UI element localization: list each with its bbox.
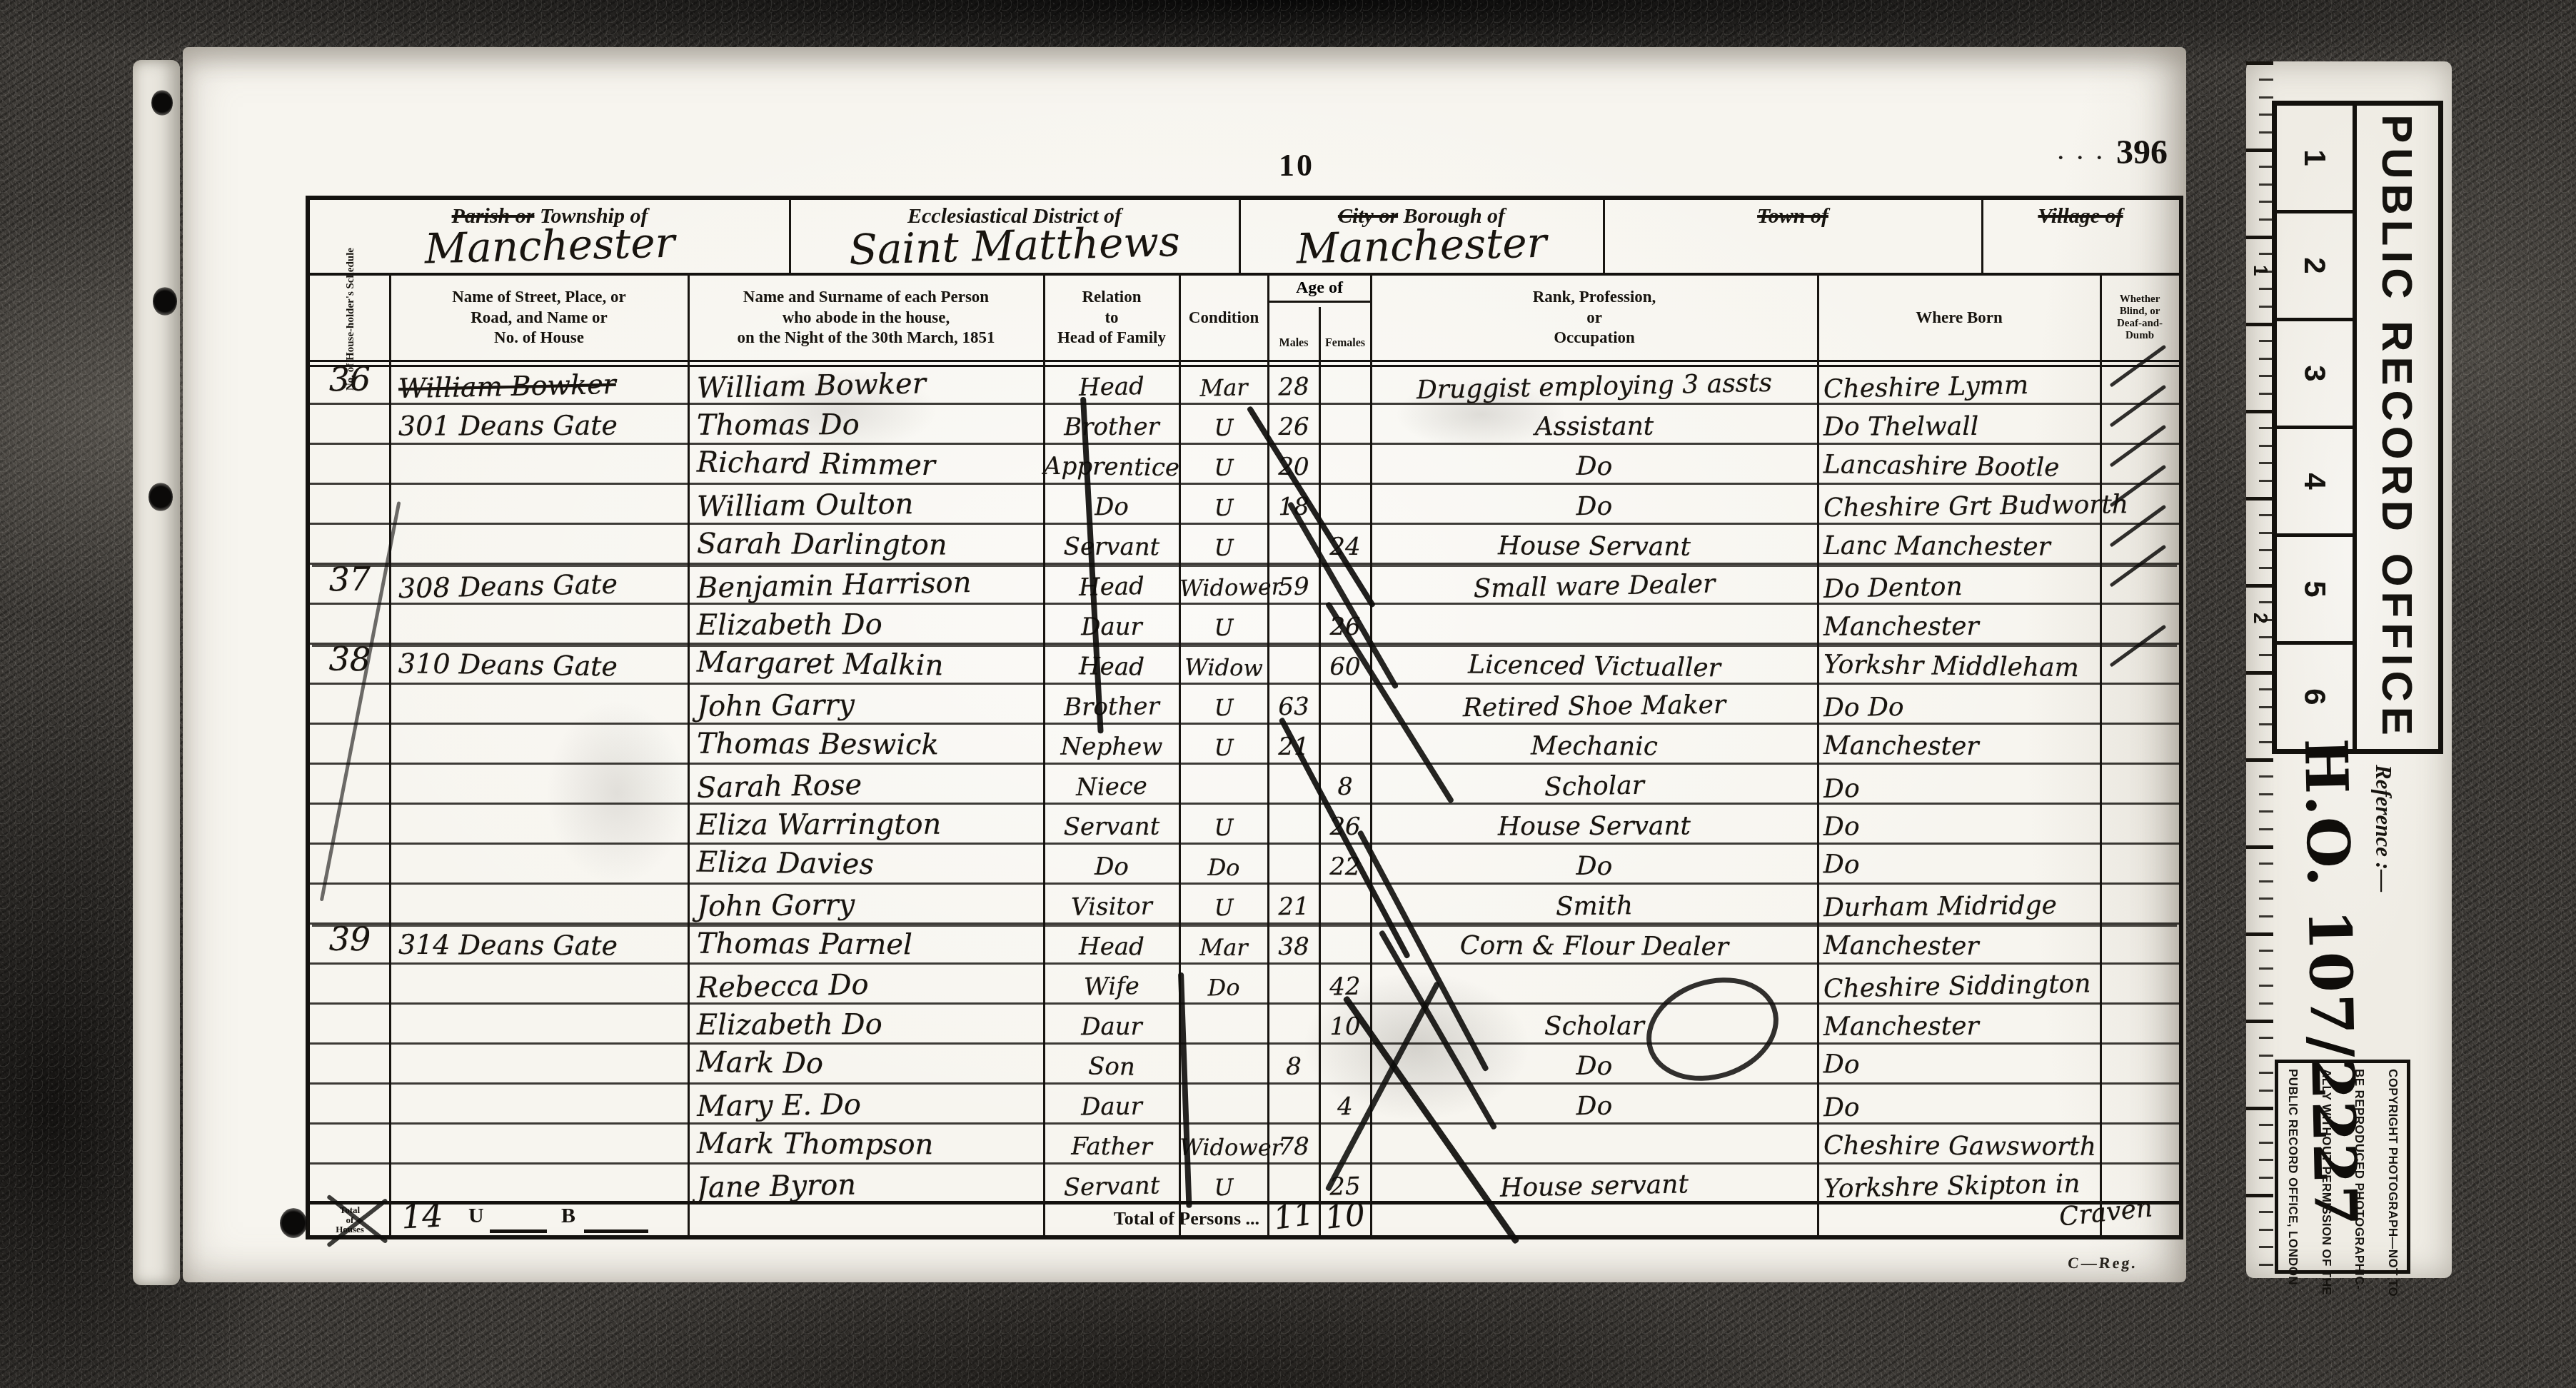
cell-relation: Do	[1044, 852, 1180, 882]
cell-condition: Widow	[1179, 653, 1269, 682]
cell-born: Do	[1818, 811, 2106, 841]
cell-condition: U	[1179, 1173, 1269, 1202]
cell-born: Cheshire Grt Budworth	[1818, 491, 2106, 523]
cell-name: Elizabeth Do	[688, 608, 1052, 642]
cell-relation: Servant	[1044, 1171, 1180, 1202]
ink-blot	[280, 1208, 307, 1238]
cell-name: Rebecca Do	[688, 965, 1053, 1005]
cell-name: Jane Byron	[688, 1165, 1053, 1205]
public-record-office-strip: PUBLIC RECORD OFFICE 123456 1 2 Referenc…	[2246, 61, 2452, 1278]
cell-born: Cheshire Lymm	[1818, 369, 2107, 404]
cell-born: Do Do	[1818, 690, 2106, 723]
cell-relation: Head	[1044, 932, 1179, 962]
township-field: Parish or Township ofManchester	[310, 200, 790, 273]
census-form-page: 10 . . .396 No. of House-holder's Schedu…	[183, 47, 2186, 1282]
pro-copyright-box: COPYRIGHT PHOTOGRAPH—NOT TOBE REPRODUCED…	[2275, 1060, 2410, 1274]
cell-male: 21	[1268, 892, 1319, 922]
column-header-born: Where Born	[1818, 273, 2100, 363]
pro-office-box: PUBLIC RECORD OFFICE 123456	[2272, 101, 2443, 754]
column-header-age: Age of	[1268, 278, 1371, 303]
cell-name: Sarah Rose	[688, 765, 1053, 805]
cell-occupation: Small ware Dealer	[1371, 567, 1818, 605]
census-row: 38310 Deans GateMargaret MalkinHeadWidow…	[310, 643, 2179, 685]
cell-condition: Mar	[1179, 934, 1268, 962]
scanned-census-microfilm: 10 . . .396 No. of House-holder's Schedu…	[0, 0, 2576, 1388]
cell-born: Lanc Manchester	[1818, 531, 2106, 562]
band-rule	[310, 273, 2179, 276]
census-row: Elizabeth DoDaur10ScholarManchester	[310, 1002, 2179, 1045]
pro-office-title: PUBLIC RECORD OFFICE	[2353, 106, 2438, 749]
cell-occupation: Licenced Victualler	[1371, 649, 1818, 685]
punch-hole	[149, 483, 173, 511]
census-row: Jane ByronServantU25House servantYorkshr…	[310, 1162, 2179, 1205]
cell-relation: Head	[1044, 571, 1180, 603]
census-row: 36William BowkerWilliam BowkerHeadMar28D…	[310, 363, 2179, 405]
cell-condition: Do	[1179, 973, 1269, 1002]
cell-schedule: 39	[310, 920, 390, 959]
census-row: Sarah DarlingtonServantU24House ServantL…	[310, 523, 2179, 565]
cell-condition: U	[1179, 453, 1269, 482]
cell-condition: Do	[1179, 853, 1269, 882]
cell-born: Lancashire Bootle	[1818, 450, 2107, 483]
township-field-label: Town of	[1604, 204, 1982, 228]
pro-scale-cell: 2	[2277, 213, 2353, 321]
census-row: Mary E. DoDaur4DoDo	[310, 1082, 2179, 1125]
cell-name: Thomas Do	[688, 408, 1052, 442]
pro-scale-cell: 5	[2277, 537, 2353, 645]
census-row: Elizabeth DoDaurU26Manchester	[310, 603, 2179, 645]
cell-name: Richard Rimmer	[688, 446, 1053, 483]
cell-street: 308 Deans Gate	[390, 567, 698, 605]
cell-name: Sarah Darlington	[688, 528, 1052, 563]
cell-condition: U	[1179, 534, 1268, 562]
census-row: Richard RimmerApprenticeU20DoLancashire …	[310, 443, 2179, 485]
cell-occupation: Do	[1371, 849, 1818, 885]
cell-relation: Brother	[1044, 413, 1179, 442]
header-rule	[310, 360, 2179, 362]
cell-name: Elizabeth Do	[688, 1007, 1052, 1042]
cell-relation: Daur	[1044, 613, 1179, 642]
cell-name: Eliza Warrington	[688, 808, 1052, 842]
page-number: 10	[1254, 147, 1339, 183]
cell-occupation: Do	[1371, 449, 1818, 485]
township-divider	[789, 200, 791, 273]
pro-reference-label: Reference :—	[2370, 765, 2396, 892]
cell-born: Do	[1818, 1090, 2106, 1123]
column-header-males: Males	[1268, 337, 1319, 350]
column-header-females: Females	[1319, 337, 1371, 350]
total-u-label: U	[468, 1204, 484, 1228]
cell-name: Thomas Parnel	[688, 927, 1052, 962]
cell-relation: Wife	[1044, 971, 1180, 1002]
cell-name: John Garry	[688, 686, 1053, 723]
township-field: Village of	[1982, 200, 2179, 273]
cell-relation: Daur	[1044, 1092, 1179, 1122]
cell-relation: Visitor	[1044, 892, 1179, 922]
cell-condition: U	[1179, 693, 1268, 722]
census-row: Mark ThompsonFatherWidower78Cheshire Gaw…	[310, 1122, 2179, 1165]
cell-male: 63	[1268, 693, 1319, 722]
punch-hole	[151, 90, 173, 116]
cell-name: William Bowker	[688, 365, 1053, 406]
ruler-number: 2	[2249, 613, 2272, 624]
census-row: 39314 Deans GateThomas ParnelHeadMar38Co…	[310, 922, 2179, 965]
township-field: City or Borough ofManchester	[1239, 200, 1604, 273]
township-divider	[1603, 200, 1605, 273]
cell-born: Yorkshr Middleham	[1818, 650, 2107, 683]
cell-relation: Son	[1044, 1052, 1180, 1082]
census-row: John GarryBrotherU63Retired Shoe MakerDo…	[310, 683, 2179, 725]
cell-female: 8	[1319, 772, 1372, 801]
township-field-value: Manchester	[1239, 216, 1604, 274]
column-header-condition: Condition	[1179, 273, 1268, 363]
cell-name: Thomas Beswick	[688, 728, 1052, 763]
pro-scale-cell: 4	[2277, 429, 2353, 537]
struck-label: Town of	[1757, 204, 1828, 228]
cell-relation: Head	[1044, 652, 1180, 683]
cell-name: Eliza Davies	[688, 845, 1053, 883]
census-row: 301 Deans GateThomas DoBrotherU26Assista…	[310, 403, 2179, 445]
cell-name: Mark Do	[688, 1045, 1053, 1083]
cell-male: 59	[1268, 572, 1320, 601]
column-header-name: Name and Surname of each Person who abod…	[688, 273, 1044, 363]
pro-scale-cell: 3	[2277, 321, 2353, 429]
cell-condition: U	[1179, 893, 1268, 922]
cell-male: 78	[1268, 1132, 1319, 1161]
cell-condition: U	[1179, 814, 1268, 841]
column-header-street: Name of Street, Place, or Road, and Name…	[390, 273, 688, 363]
cell-occupation: Scholar	[1371, 767, 1818, 805]
census-row: 37308 Deans GateBenjamin HarrisonHeadWid…	[310, 563, 2179, 605]
column-header-occupation: Rank, Profession, or Occupation	[1371, 273, 1818, 363]
census-row: John GorryVisitorU21SmithDurham Midridge	[310, 882, 2179, 925]
township-field-label: Village of	[1982, 204, 2179, 228]
cell-occupation: Retired Shoe Maker	[1371, 689, 1818, 724]
cell-occupation: Do	[1371, 489, 1818, 524]
cell-male: 26	[1268, 413, 1319, 441]
copyright-line: COPYRIGHT PHOTOGRAPH—NOT TO	[2385, 1069, 2400, 1264]
cell-condition: Mar	[1179, 373, 1269, 403]
cell-occupation: Do	[1371, 1089, 1818, 1124]
total-persons-label: Total of Persons ...	[1031, 1208, 1259, 1229]
cell-occupation: Smith	[1371, 889, 1818, 924]
cell-relation: Servant	[1044, 533, 1179, 562]
cell-name: William Oulton	[688, 486, 1053, 523]
struck-label: Village of	[2038, 204, 2123, 228]
cell-name: Benjamin Harrison	[688, 565, 1053, 605]
cell-born: Manchester	[1818, 931, 2106, 962]
cell-condition: U	[1179, 734, 1268, 762]
township-field: Ecclesiastical District ofSaint Matthews	[790, 200, 1239, 273]
cell-schedule: 37	[309, 559, 390, 599]
cell-street: 314 Deans Gate	[390, 929, 697, 962]
cell-occupation: Mechanic	[1371, 730, 1818, 762]
folio-dots: . . .	[2058, 141, 2107, 164]
cell-relation: Servant	[1044, 813, 1179, 842]
folio-number: . . .396	[1953, 133, 2168, 172]
census-row: Eliza DaviesDoDo22DoDo	[310, 843, 2179, 885]
cell-relation: Apprentice	[1044, 452, 1180, 483]
punch-hole	[153, 287, 177, 316]
cell-relation: Niece	[1044, 771, 1180, 803]
pro-ruler: 1 2	[2246, 61, 2273, 1278]
census-row: Eliza WarringtonServantU26House ServantD…	[310, 803, 2179, 845]
plate-registration-mark: C—Reg.	[2067, 1254, 2139, 1272]
b-dash	[584, 1229, 648, 1233]
census-row: Rebecca DoWifeDo42Cheshire Siddington	[310, 962, 2179, 1005]
cell-born: Do	[1818, 850, 2107, 883]
cell-born: Manchester	[1818, 1011, 2106, 1041]
cell-occupation: House servant	[1371, 1167, 1818, 1205]
cell-name: John Gorry	[688, 886, 1053, 923]
cell-relation: Do	[1044, 492, 1179, 522]
pro-scale-cell: 1	[2277, 106, 2353, 213]
folio-value: 396	[2116, 134, 2168, 171]
cell-occupation: Assistant	[1371, 411, 1818, 442]
cell-street: William Bowker	[390, 367, 698, 405]
page-binding-edge	[133, 60, 180, 1285]
pro-scale-cell: 6	[2277, 645, 2353, 749]
cell-name: Mary E. Do	[688, 1086, 1053, 1123]
cell-male: 8	[1268, 1052, 1320, 1081]
cell-male: 38	[1268, 932, 1319, 961]
cell-male: 28	[1268, 372, 1320, 401]
census-row: Thomas BeswickNephewU21MechanicMancheste…	[310, 723, 2179, 765]
cell-relation: Brother	[1044, 692, 1179, 722]
cell-born: Manchester	[1818, 611, 2106, 641]
column-header-relation: Relation to Head of Family	[1044, 273, 1179, 363]
enumeration-table: No. of House-holder's Schedule Name of S…	[306, 196, 2183, 1239]
column-header-schedule: No. of House-holder's Schedule	[310, 273, 390, 363]
cell-condition: Widower	[1179, 1134, 1268, 1162]
cell-occupation: House Servant	[1371, 530, 1818, 562]
cell-born: Do Denton	[1818, 569, 2107, 604]
cell-condition: Widower	[1179, 573, 1269, 603]
cell-condition: U	[1179, 493, 1268, 522]
census-row: William OultonDoU18DoCheshire Grt Budwor…	[310, 483, 2179, 525]
cell-street: 310 Deans Gate	[390, 648, 698, 683]
copyright-line: ALLY WITHOUT PERMISSION OF THE	[2319, 1069, 2333, 1264]
copyright-line: BE REPRODUCED PHOTOGRAPHIC-	[2352, 1069, 2366, 1264]
township-divider	[1239, 200, 1241, 273]
township-field: Town of	[1604, 200, 1982, 273]
cell-street: 301 Deans Gate	[390, 409, 697, 442]
u-dash	[490, 1229, 547, 1233]
cell-relation: Nephew	[1044, 733, 1179, 762]
cell-born: Cheshire Siddington	[1818, 969, 2107, 1004]
copyright-line: PUBLIC RECORD OFFICE, LONDON	[2285, 1069, 2300, 1264]
cell-name: Margaret Malkin	[688, 645, 1053, 683]
cell-born: Do	[1818, 769, 2107, 804]
cell-born: Do	[1818, 1050, 2107, 1083]
pro-scale-cells: 123456	[2277, 106, 2353, 749]
cell-born: Durham Midridge	[1818, 890, 2106, 923]
cell-relation: Head	[1044, 371, 1180, 403]
cell-occupation: House Servant	[1371, 811, 1818, 842]
cell-schedule: 36	[309, 359, 390, 399]
total-b-label: B	[561, 1204, 575, 1228]
cell-born: Cheshire Gawsworth	[1818, 1131, 2106, 1162]
cell-born: Yorkshre Skipton in	[1818, 1169, 2107, 1204]
ruler-number: 1	[2249, 265, 2272, 276]
census-row: Sarah RoseNiece8ScholarDo	[310, 763, 2179, 805]
cell-relation: Father	[1044, 1132, 1179, 1162]
census-row: Mark DoSon8DoDo	[310, 1042, 2179, 1085]
cell-condition: U	[1179, 614, 1268, 641]
cell-born: Manchester	[1818, 731, 2106, 762]
cell-born: Do Thelwall	[1818, 411, 2106, 441]
cell-relation: Daur	[1044, 1012, 1179, 1042]
cell-occupation: Druggist employing 3 assts	[1371, 367, 1818, 406]
cell-schedule: 38	[310, 639, 391, 679]
cell-name: Mark Thompson	[688, 1127, 1052, 1162]
cell-occupation: Corn & Flour Dealer	[1371, 930, 1818, 962]
township-divider	[1981, 200, 1983, 273]
column-header-blind: Whether Blind, or Deaf-and- Dumb	[2100, 273, 2179, 363]
